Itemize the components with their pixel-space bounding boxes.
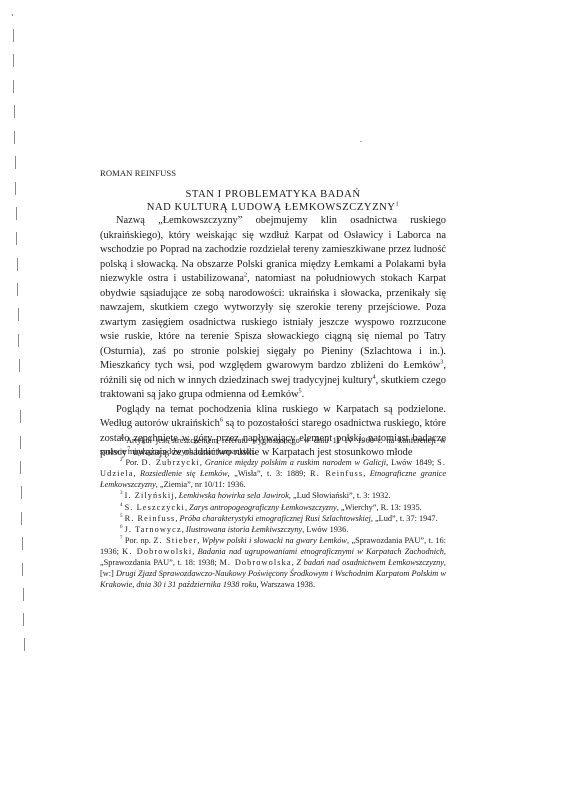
cited-title: Próba charakterystyki etnograficznej Rus… [180, 514, 371, 523]
cited-title: Granice między polskim a ruskim narodem … [205, 458, 386, 467]
scan-mark [16, 232, 17, 245]
cited-title: Ilustrowana istoria Łemkiwszczyny [186, 525, 302, 534]
scan-mark [18, 334, 19, 347]
title-line-1: STAN I PROBLEMATYKA BADAŃ [100, 188, 446, 201]
text: . [302, 389, 305, 400]
footnote-number: 2 [120, 458, 122, 463]
cited-author: I. Zilyńskij [125, 491, 175, 500]
text: , „Ziemia”, nr 10/11: 1936. [156, 480, 246, 489]
scan-mark [14, 131, 15, 144]
scan-mark [17, 283, 18, 296]
scan-mark [13, 29, 14, 42]
footnote-number: 7 [120, 536, 122, 541]
scan-cut-line [100, 423, 148, 426]
article-title: STAN I PROBLEMATYKA BADAŃ NAD KULTURĄ LU… [100, 188, 446, 214]
cited-author: D. Zubrzycki [142, 458, 200, 467]
footnote-3: 3 I. Zilyńskij, Łemkiwska howirka sela J… [100, 490, 446, 501]
footnote-2: 2 Por. D. Zubrzycki, Granice między pols… [100, 457, 446, 490]
scan-mark [16, 207, 17, 220]
scan-mark [17, 258, 18, 271]
scan-mark [23, 588, 24, 601]
cited-title: Rozsiedlenie się Łemków [140, 469, 228, 478]
cited-title: Badania nad ugrupowaniami etnograficznym… [198, 547, 444, 556]
text: , „Lud”, t. 37: 1947. [371, 514, 438, 523]
scan-mark [19, 385, 20, 398]
footnote-number: 1 [120, 436, 122, 441]
text: , „Wierchy”, R. 13: 1935. [337, 503, 422, 512]
footnote-number: 3 [120, 492, 122, 497]
cited-author: J. Tarnowycz [125, 525, 182, 534]
text: , Lwów 1936. [302, 525, 348, 534]
scan-mark [18, 308, 19, 321]
cited-title: Zarys antropogeograficzny Łemkowszczyzny [189, 503, 337, 512]
scan-speck [360, 141, 362, 142]
scan-mark [21, 512, 22, 525]
scan-mark [24, 638, 25, 651]
footnote-4: 4 S. Leszczycki, Zarys antropogeograficz… [100, 502, 446, 513]
title-line-2: NAD KULTURĄ LUDOWĄ ŁEMKOWSZCZYZNY1 [100, 201, 446, 214]
footnote-5: 5 R. Reinfuss, Próba charakterystyki etn… [100, 513, 446, 524]
text: Por. [125, 458, 141, 467]
cited-author: Z. Stieber [153, 536, 197, 545]
scan-mark [23, 613, 24, 626]
scan-mark [22, 537, 23, 550]
scan-mark [14, 105, 15, 118]
cited-author: R. Reinfuss [310, 469, 363, 478]
scan-mark [21, 486, 22, 499]
cited-author: K. Dobrowolski [122, 547, 192, 556]
cited-author: R. Reinfuss [125, 514, 176, 523]
paragraph-1: Nazwą „Łemkowszczyzny” obejmujemy klin o… [100, 214, 446, 403]
text: , Lwów 1849; [386, 458, 437, 467]
author-name: ROMAN REINFUSS [100, 168, 176, 178]
body-text: Nazwą „Łemkowszczyzny” obejmujemy klin o… [100, 214, 446, 461]
scan-mark [19, 359, 20, 372]
scan-mark [13, 54, 14, 67]
scan-mark [15, 182, 16, 195]
footnotes: 1 Artykuł jest streszczeniem referatu wy… [100, 435, 446, 590]
scan-margin-marks [0, 0, 40, 800]
footnote-7: 7 Por. np. Z. Stieber, Wpływ polski i sł… [100, 535, 446, 590]
footnote-ref: 1 [396, 200, 400, 207]
footnote-text: Artykuł jest streszczeniem referatu wygł… [100, 436, 446, 456]
text: , natomiast na południowych stokach Karp… [100, 273, 446, 371]
text: , „Wisła”, t. 3: 1889; [228, 469, 310, 478]
footnote-number: 5 [120, 514, 122, 519]
footnote-1: 1 Artykuł jest streszczeniem referatu wy… [100, 435, 446, 457]
footnote-6: 6 J. Tarnowycz, Ilustrowana istoria Łemk… [100, 524, 446, 535]
text: Por. np. [125, 536, 153, 545]
cited-title: Łemkiwska howirka sela Jawirok [179, 491, 289, 500]
scan-mark [20, 461, 21, 474]
scan-mark [13, 80, 14, 93]
scan-mark [15, 156, 16, 169]
cited-author: S. Leszczycki [125, 503, 185, 512]
text: , „Lud Słowiański”, t. 3: 1932. [289, 491, 391, 500]
cited-title: Wpływ polski i słowacki na gwary Łemków [202, 536, 347, 545]
scan-mark [20, 436, 21, 449]
footnote-number: 6 [120, 525, 122, 530]
title-line-2-text: NAD KULTURĄ LUDOWĄ ŁEMKOWSZCZYZNY [147, 202, 396, 213]
scan-mark [22, 563, 23, 576]
cited-title: Z badań nad osadnictwem Łemkowszczyzny [296, 558, 444, 567]
scan-mark [20, 410, 21, 423]
text: , Warszawa 1938. [256, 580, 315, 589]
footnote-number: 4 [120, 503, 122, 508]
cited-author: M. Dobrowolska [219, 558, 291, 567]
scan-mark [12, 14, 13, 16]
